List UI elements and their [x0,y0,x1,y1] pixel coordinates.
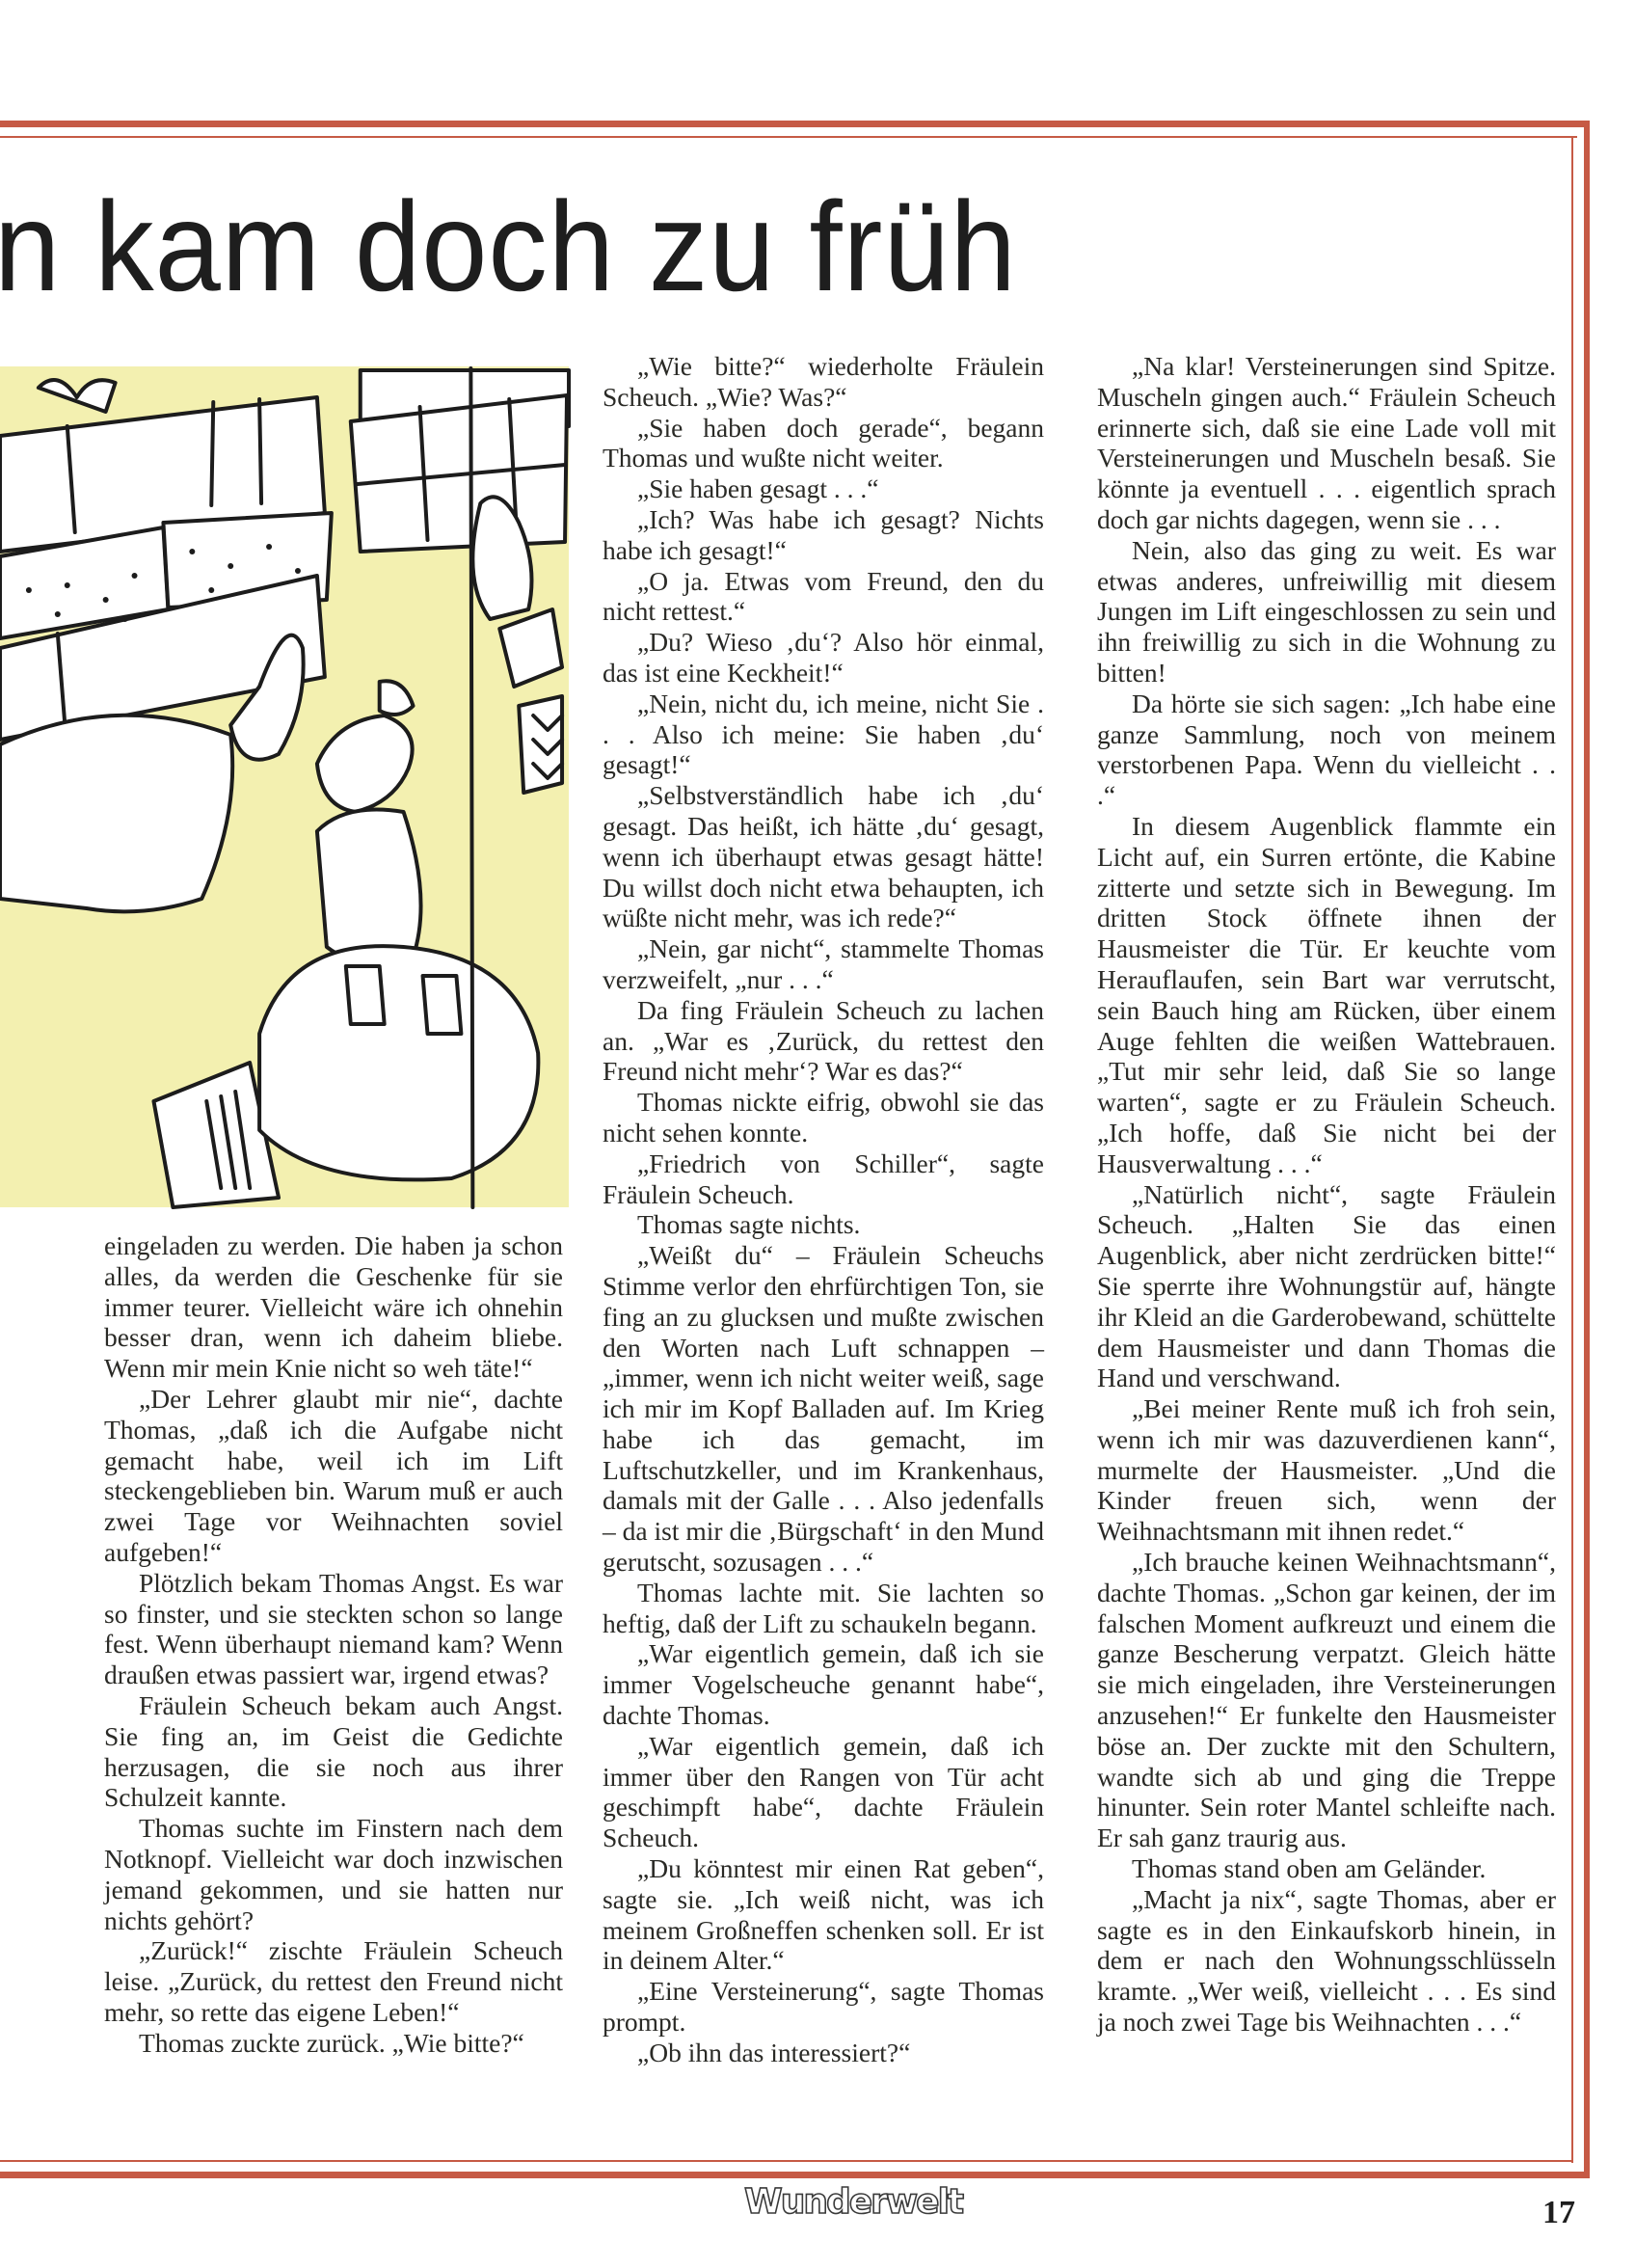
paragraph: „Zurück!“ zischte Fräulein Scheuch leise… [104,1935,563,2027]
paragraph: „Na klar! Versteinerungen sind Spitze. M… [1097,351,1556,535]
paragraph: „Bei meiner Rente muß ich froh sein, wen… [1097,1393,1556,1547]
illustration-drawing [0,359,576,1217]
paragraph: „Sie haben gesagt . . .“ [603,473,1044,504]
paragraph: In diesem Augenblick flammte ein Licht a… [1097,811,1556,1179]
paragraph: Plötzlich bekam Thomas Angst. Es war so … [104,1568,563,1690]
paragraph: „Ob ihn das interessiert?“ [603,2038,1044,2068]
frame-inner-top-rule [0,136,1577,138]
paragraph: „Ich brauche keinen Weihnachtsmann“, dac… [1097,1547,1556,1853]
paragraph: „Wie bitte?“ wiederholte Fräulein Scheuc… [603,351,1044,413]
text-column-left: eingeladen zu werden. Die haben ja schon… [104,1230,563,2059]
paragraph: Fräulein Scheuch bekam auch Angst. Sie f… [104,1690,563,1813]
paragraph: Thomas lachte mit. Sie lachten so heftig… [603,1578,1044,1639]
paragraph: „Du? Wieso ‚du‘? Also hör einmal, das is… [603,627,1044,688]
story-title: n kam doch zu früh [0,183,1017,310]
magazine-logo: Wunderwelt [744,2185,962,2220]
paragraph: „Sie haben doch gerade“, begann Thomas u… [603,413,1044,474]
paragraph: Thomas stand oben am Geländer. [1097,1853,1556,1884]
frame-outer-top-rule [0,121,1590,127]
paragraph: Thomas zuckte zurück. „Wie bitte?“ [104,2028,563,2059]
paragraph: Thomas suchte im Finstern nach dem Notkn… [104,1813,563,1935]
paragraph: „Natürlich nicht“, sagte Fräulein Scheuc… [1097,1179,1556,1394]
paragraph: „Du könntest mir einen Rat geben“, sagte… [603,1853,1044,1976]
paragraph: „Eine Versteinerung“, sagte Thomas promp… [603,1976,1044,2038]
text-column-middle: „Wie bitte?“ wiederholte Fräulein Scheuc… [603,351,1044,2068]
paragraph: „Weißt du“ – Fräulein Scheuchs Stimme ve… [603,1240,1044,1578]
frame-outer-right-rule [1584,121,1590,2178]
page-number: 17 [1542,2197,1575,2229]
paragraph: „Ich? Was habe ich gesagt? Nichts habe i… [603,504,1044,566]
paragraph: „Macht ja nix“, sagte Thomas, aber er sa… [1097,1884,1556,2038]
paragraph: „Nein, gar nicht“, stammelte Thomas verz… [603,933,1044,995]
paragraph: Thomas nickte eifrig, obwohl sie das nic… [603,1087,1044,1148]
paragraph: „Nein, nicht du, ich meine, nicht Sie . … [603,688,1044,780]
frame-inner-right-rule [1571,136,1573,2163]
paragraph: „O ja. Etwas vom Freund, den du nicht re… [603,566,1044,628]
paragraph: „War eigentlich gemein, daß ich sie imme… [603,1638,1044,1730]
paragraph: Da hörte sie sich sagen: „Ich habe eine … [1097,688,1556,811]
text-column-right: „Na klar! Versteinerungen sind Spitze. M… [1097,351,1556,2038]
paragraph: „Friedrich von Schiller“, sagte Fräulein… [603,1148,1044,1210]
paragraph: Da fing Fräulein Scheuch zu lachen an. „… [603,995,1044,1087]
paragraph: Thomas sagte nichts. [603,1209,1044,1240]
frame-inner-bottom-rule [0,2160,1573,2162]
frame-outer-bottom-rule [0,2172,1590,2178]
paragraph: „Der Lehrer glaubt mir nie“, dachte Thom… [104,1384,563,1568]
paragraph: Nein, also das ging zu weit. Es war etwa… [1097,535,1556,688]
paragraph: „War eigentlich gemein, daß ich immer üb… [603,1731,1044,1853]
paragraph: eingeladen zu werden. Die haben ja schon… [104,1230,563,1384]
story-illustration [0,359,576,1217]
paragraph: „Selbstverständlich habe ich ‚du‘ gesagt… [603,780,1044,933]
